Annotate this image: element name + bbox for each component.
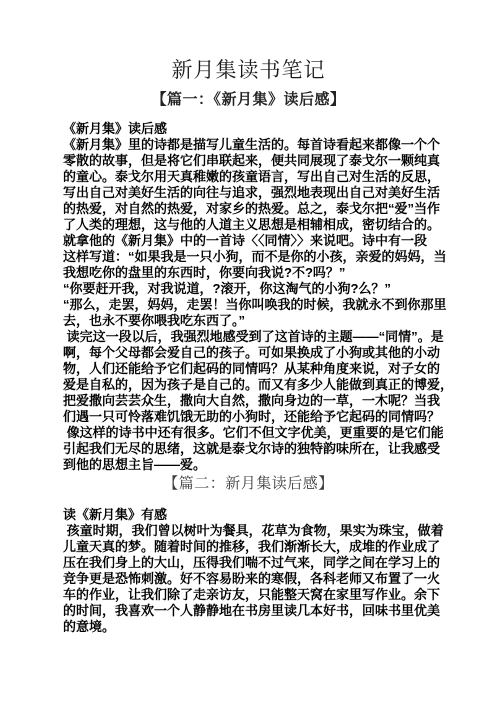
text-line: 的时间，我喜欢一个人静静地在书房里读几本好书，回味书里优美 — [63, 603, 434, 619]
text-line: 读《新月集》有感 — [63, 507, 434, 523]
document-page: 新月集读书笔记 【篇一：《新月集》读后感】 《新月集》读后感《新月集》里的诗都是… — [0, 0, 496, 702]
text-line: 这样写道：“如果我是一只小狗，而不是你的小孩，亲爱的妈妈，当 — [63, 249, 434, 265]
text-line: 读完这一段以后，我强烈地感受到了这首诗的主题——“同情”。是 — [63, 329, 434, 345]
text-line: 啊，每个父母都会爱自己的孩子。可如果换成了小狗或其他的小动 — [63, 345, 434, 361]
text-line: 到他的思想主旨——爱。 — [63, 457, 434, 473]
section-2-body: 读《新月集》有感 孩童时期，我们曾以树叶为餐具，花草为食物，果实为珠宝，做着儿童… — [63, 507, 434, 635]
text-line: 孩童时期，我们曾以树叶为餐具，花草为食物，果实为珠宝，做着 — [63, 523, 434, 539]
text-line: 《新月集》里的诗都是描写儿童生活的。每首诗看起来都像一个个 — [63, 137, 434, 153]
text-line: 我想吃你的盘里的东西时，你要向我说?不?吗？” — [63, 265, 434, 281]
section-2-heading: 【篇二：新月集读后感】 — [63, 475, 434, 493]
text-line: 的热爱，对自然的热爱，对家乡的热爱。总之，泰戈尔把“爱”当作 — [63, 201, 434, 217]
text-line: 的意境。 — [63, 619, 434, 635]
document-title: 新月集读书笔记 — [63, 56, 434, 84]
text-line: “你要赶开我，对我说道，?滚开，你这淘气的小狗?么？” — [63, 281, 434, 297]
text-line: 的童心。泰戈尔用天真稚嫩的孩童语言，写出自己对生活的反思， — [63, 169, 434, 185]
text-line: 了人类的理想，这与他的人道主义思想是相辅相成，密切结合的。 — [63, 217, 434, 233]
text-line: 像这样的诗书中还有很多。它们不但文字优美，更重要的是它们能 — [63, 425, 434, 441]
text-line: 竞争更是恐怖刺激。好不容易盼来的寒假，各科老师又布置了一火 — [63, 571, 434, 587]
text-line: 把爱撒向芸芸众生，撒向大自然，撒向身边的一草，一木呢？当我 — [63, 393, 434, 409]
text-line: “那么，走罢，妈妈，走罢！当你叫唤我的时候，我就永不到你那里 — [63, 297, 434, 313]
text-line: 压在我们身上的大山，压得我们喘不过气来，同学之间在学习上的 — [63, 555, 434, 571]
text-line: 《新月集》读后感 — [63, 121, 434, 137]
text-line: 写出自己对美好生活的向往与追求，强烈地表现出自己对美好生活 — [63, 185, 434, 201]
text-line: 去，也永不要你喂我吃东西了。” — [63, 313, 434, 329]
text-line: 就拿他的《新月集》中的一首诗〈〈同情〉〉来说吧。诗中有一段 — [63, 233, 434, 249]
text-line: 们遇一只可怜落难饥饿无助的小狗时，还能给予它起码的同情吗？ — [63, 409, 434, 425]
text-line: 零散的故事，但是将它们串联起来，便共同展现了泰戈尔一颗纯真 — [63, 153, 434, 169]
section-1-body: 《新月集》读后感《新月集》里的诗都是描写儿童生活的。每首诗看起来都像一个个零散的… — [63, 121, 434, 473]
section-1-heading: 【篇一：《新月集》读后感】 — [63, 91, 434, 109]
text-line: 引起我们无尽的思绪，这就是泰戈尔诗的独特韵味所在，让我感受 — [63, 441, 434, 457]
text-line: 儿童天真的梦。随着时间的推移，我们渐渐长大，成堆的作业成了 — [63, 539, 434, 555]
text-line: 车的作业，让我们除了走亲访友，只能整天窝在家里写作业。余下 — [63, 587, 434, 603]
text-line: 爱是自私的，因为孩子是自己的。而又有多少人能做到真正的博爱， — [63, 377, 434, 393]
text-line: 物，人们还能给予它们起码的同情吗？从某种角度来说，对子女的 — [63, 361, 434, 377]
